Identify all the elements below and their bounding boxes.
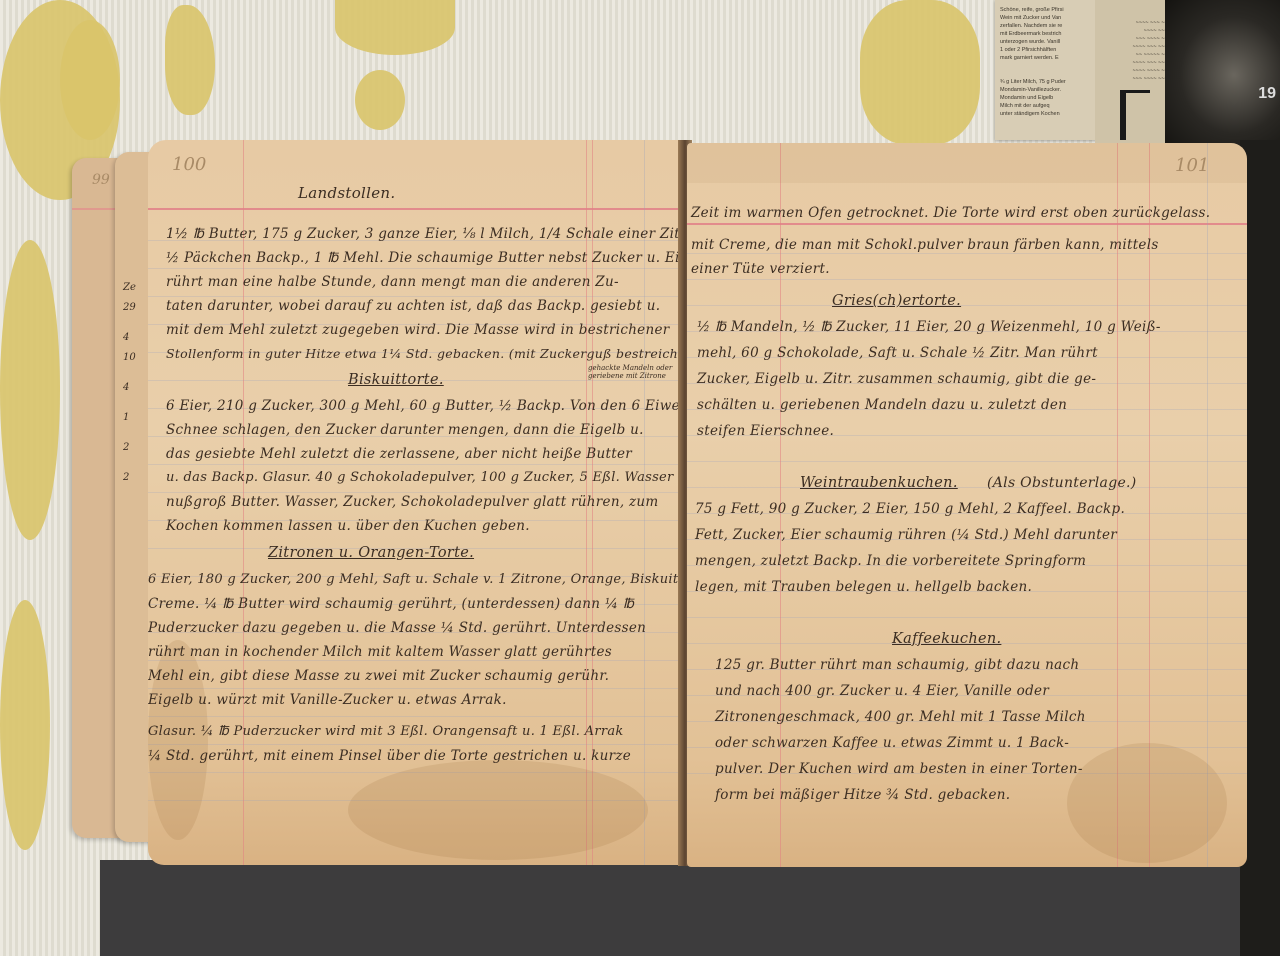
cloth-floral-pattern <box>0 240 60 540</box>
dark-photograph: 19 <box>1165 0 1280 150</box>
recipe-line: mit Creme, die man mit Schokl.pulver bra… <box>691 237 1159 253</box>
clipping-line: Wein mit Zucker und Van <box>1000 14 1095 22</box>
recipe-line: ¼ Std. gerührt, mit einem Pinsel über di… <box>148 748 631 764</box>
recipe-line: oder schwarzen Kaffee u. etwas Zimmt u. … <box>715 735 1069 751</box>
page-number: 101 <box>1175 155 1209 176</box>
clipping-line: ¾ g Liter Milch, 75 g Puder <box>1000 78 1095 86</box>
recipe-line: ½ ℔ Mandeln, ½ ℔ Zucker, 11 Eier, 20 g W… <box>697 319 1161 335</box>
recipe-line: Creme. ¼ ℔ Butter wird schaumig gerührt,… <box>148 596 634 612</box>
clipping-line: Mondamin und Eigelb <box>1000 94 1095 102</box>
recipe-line: taten darunter, wobei darauf zu achten i… <box>166 298 660 314</box>
recipe-line: rührt man in kochender Milch mit kaltem … <box>148 644 612 660</box>
cloth-floral-pattern <box>335 0 455 55</box>
recipe-line: schälten u. geriebenen Mandeln dazu u. z… <box>697 397 1067 413</box>
recipe-line: Zitronengeschmack, 400 gr. Mehl mit 1 Ta… <box>715 709 1086 725</box>
recipe-line: u. das Backp. Glasur. 40 g Schokoladepul… <box>166 470 674 485</box>
recipe-line: Glasur. ¼ ℔ Puderzucker wird mit 3 Eßl. … <box>148 724 624 739</box>
cloth-floral-pattern <box>60 20 120 140</box>
recipe-line: mehl, 60 g Schokolade, Saft u. Schale ½ … <box>697 345 1098 361</box>
clipping-line: mit Erdbeermark bestrich <box>1000 30 1095 38</box>
margin-letter: 29 <box>123 302 136 313</box>
recipe-line: 125 gr. Butter rührt man schaumig, gibt … <box>715 657 1079 673</box>
recipe-line: mengen, zuletzt Backp. In die vorbereite… <box>695 553 1086 569</box>
newspaper-clipping-upside-down: ~~~~ ~~~~ ~~~~~~ ~~~~ ~~~~~~~~ ~~~ ~~~~~… <box>1095 0 1175 145</box>
recipe-line: pulver. Der Kuchen wird am besten in ein… <box>715 761 1083 777</box>
margin-letter: 4 <box>123 332 129 343</box>
recipe-line: Eigelb u. würzt mit Vanille-Zucker u. et… <box>148 692 507 708</box>
margin-letter: 1 <box>123 412 129 423</box>
recipe-line: mit dem Mehl zuletzt zugegeben wird. Die… <box>166 322 670 338</box>
recipe-line: Zucker, Eigelb u. Zitr. zusammen schaumi… <box>697 371 1096 387</box>
recipe-line: Mehl ein, gibt diese Masse zu zwei mit Z… <box>148 668 609 684</box>
recipe-line: 75 g Fett, 90 g Zucker, 2 Eier, 150 g Me… <box>695 501 1125 517</box>
margin-letter: 4 <box>123 382 129 393</box>
newspaper-clipping: Schöne, reife, große Pfirsi Wein mit Zuc… <box>995 0 1100 140</box>
recipe-title: Weintraubenkuchen. <box>800 475 958 491</box>
recipe-line: Puderzucker dazu gegeben u. die Masse ¼ … <box>148 620 646 636</box>
recipe-title: Kaffeekuchen. <box>892 631 1001 647</box>
margin-note: gehackte Mandeln oder geriebene mit Zitr… <box>588 364 678 380</box>
recipe-subtitle: (Als Obstunterlage.) <box>987 475 1137 491</box>
recipe-title: Gries(ch)ertorte. <box>832 293 961 309</box>
recipe-line: nußgroß Butter. Wasser, Zucker, Schokola… <box>166 494 659 510</box>
clipping-line: Milch mit der aufgeq <box>1000 102 1095 110</box>
clipping-line: zerfallen. Nachdem sie re <box>1000 22 1095 30</box>
clipping-line: mark garniert werden. E <box>1000 54 1095 62</box>
recipe-title: Landstollen. <box>298 184 395 202</box>
page-number: 99 <box>92 172 110 188</box>
recipe-line: rührt man eine halbe Stunde, dann mengt … <box>166 274 619 290</box>
recipe-line: 1½ ℔ Butter, 175 g Zucker, 3 ganze Eier,… <box>166 226 685 242</box>
recipe-line: Fett, Zucker, Eier schaumig rühren (¼ St… <box>695 527 1117 543</box>
recipe-title: Zitronen u. Orangen-Torte. <box>268 545 474 561</box>
recipe-line: Schnee schlagen, den Zucker darunter men… <box>166 422 644 438</box>
right-page: 101 Zeit im warmen Ofen getrocknet. Die … <box>687 143 1247 867</box>
photo-text: 19 <box>1258 85 1276 103</box>
recipe-line: Kochen kommen lassen u. über den Kuchen … <box>166 518 530 534</box>
cloth-floral-pattern <box>355 70 405 130</box>
recipe-line: das gesiebte Mehl zuletzt die zerlassene… <box>166 446 632 462</box>
margin-letter: 2 <box>123 472 129 483</box>
left-page: 100 Landstollen. 1½ ℔ Butter, 175 g Zuck… <box>148 140 685 865</box>
dark-board <box>100 860 1240 956</box>
recipe-line: 6 Eier, 210 g Zucker, 300 g Mehl, 60 g B… <box>166 398 685 414</box>
page-number: 100 <box>172 154 206 175</box>
clipping-line: Mondamin-Vanillezucker. <box>1000 86 1095 94</box>
recipe-line: Stollenform in guter Hitze etwa 1¼ Std. … <box>166 346 685 361</box>
cloth-floral-pattern <box>165 5 215 115</box>
clipping-line: unterzogen wurde. Vanill <box>1000 38 1095 46</box>
recipe-line: form bei mäßiger Hitze ¾ Std. gebacken. <box>715 787 1010 803</box>
recipe-line: einer Tüte verziert. <box>691 261 830 277</box>
clipping-line: Schöne, reife, große Pfirsi <box>1000 6 1095 14</box>
cartoon-illustration <box>1120 90 1150 140</box>
cloth-floral-pattern <box>860 0 980 145</box>
cloth-floral-pattern <box>0 600 50 850</box>
recipe-line: 6 Eier, 180 g Zucker, 200 g Mehl, Saft u… <box>148 572 678 587</box>
recipe-line: ½ Päckchen Backp., 1 ℔ Mehl. Die schaumi… <box>166 250 685 266</box>
recipe-line: und nach 400 gr. Zucker u. 4 Eier, Vanil… <box>715 683 1049 699</box>
clipping-line: 1 oder 2 Pfirsichhälften <box>1000 46 1095 54</box>
clipping-line: unter ständigem Kochen <box>1000 110 1095 118</box>
margin-letter: 2 <box>123 442 129 453</box>
margin-letter: Ze <box>123 282 136 293</box>
recipe-line: Zeit im warmen Ofen getrocknet. Die Tort… <box>691 205 1210 221</box>
recipe-line: steifen Eierschnee. <box>697 423 834 439</box>
margin-letter: 10 <box>123 352 136 363</box>
recipe-title: Biskuittorte. <box>348 372 444 388</box>
recipe-line: legen, mit Trauben belegen u. hellgelb b… <box>695 579 1032 595</box>
